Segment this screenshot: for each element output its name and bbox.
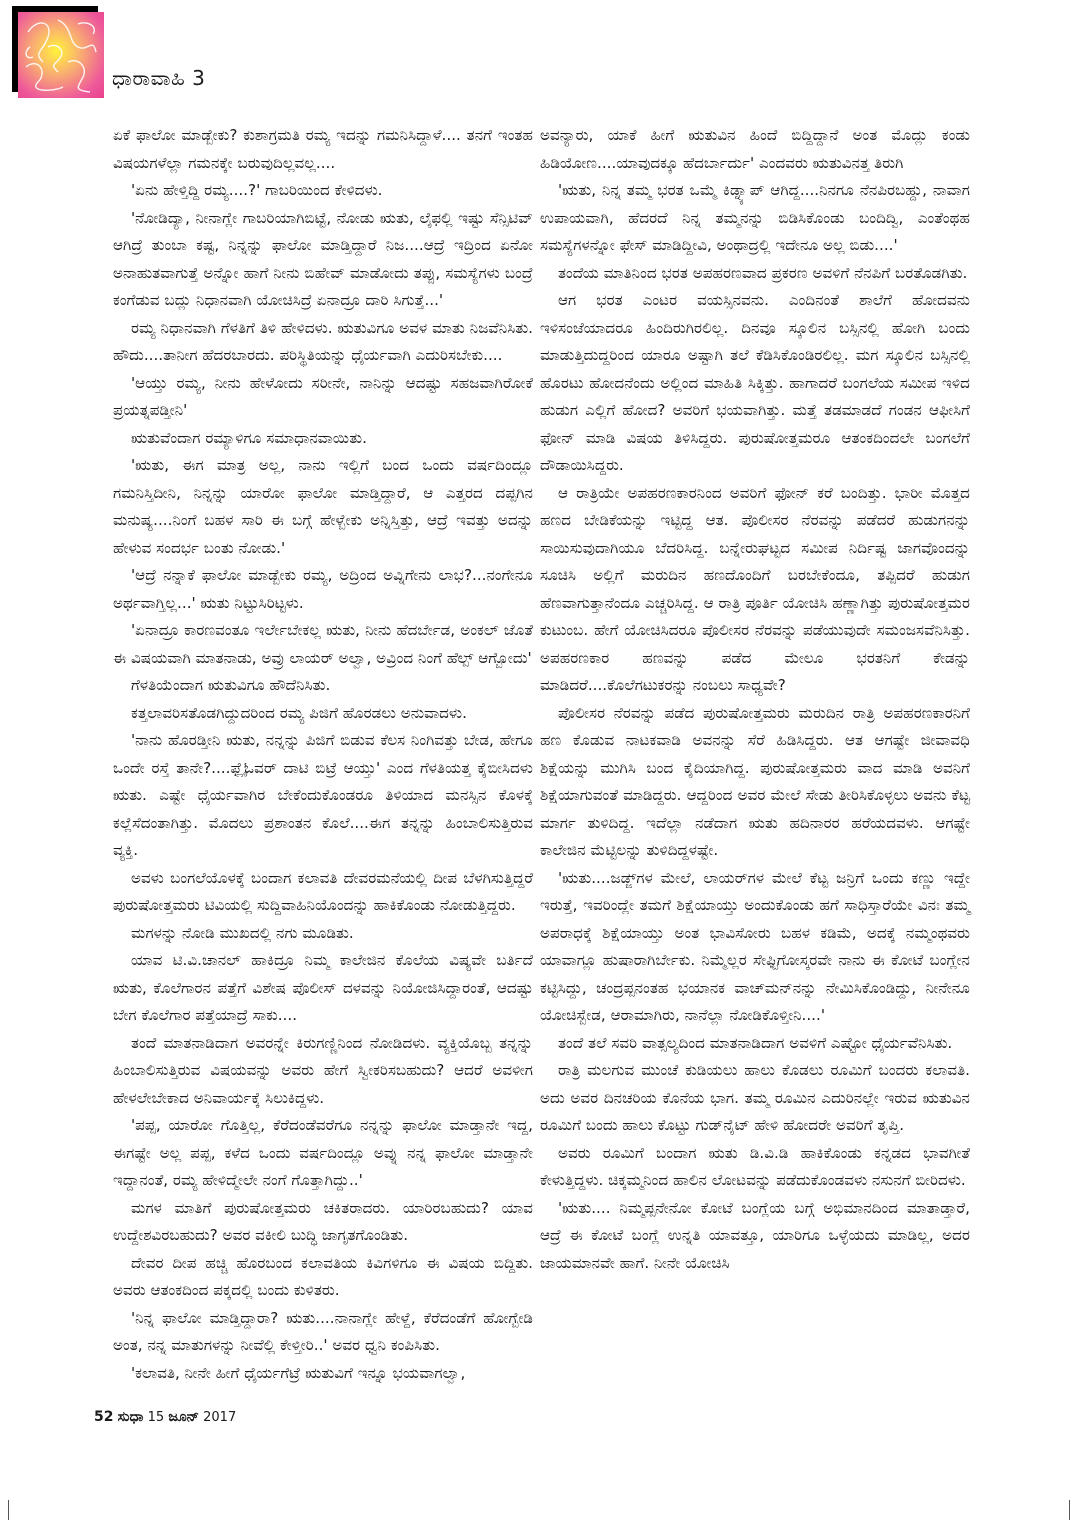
crop-mark-right [1069, 1500, 1070, 1520]
paragraph: ಮಗಳನ್ನು ನೋಡಿ ಮುಖದಲ್ಲಿ ನಗು ಮೂಡಿತು. [113, 920, 533, 948]
paragraph: 'ಋತು, ನಿನ್ನ ತಮ್ಮ ಭರತ ಒಮ್ಮೆ ಕಿಡ್ನ್ಯಾಪ್ ಆಗ… [540, 177, 970, 260]
paragraph: ಅವರು ರೂಮಿಗೆ ಬಂದಾಗ ಋತು ಡಿ.ವಿ.ಡಿ ಹಾಕಿಕೊಂಡು… [540, 1140, 970, 1195]
series-title: ಧಾರಾವಾಹಿ 3 [112, 66, 205, 90]
paragraph: 'ಏನಾದ್ರೂ ಕಾರಣವಂತೂ ಇರ್ಲೇಬೇಕಲ್ಲ ಋತು, ನೀನು … [113, 617, 533, 672]
issue-month: ಜೂನ್ [168, 1409, 199, 1425]
paragraph: ಪೊಲೀಸರ ನೆರವನ್ನು ಪಡೆದ ಪುರುಷೋತ್ತಮರು ಮರುದಿನ… [540, 700, 970, 865]
paragraph: ಮಗಳ ಮಾತಿಗೆ ಪುರುಷೋತ್ತಮರು ಚಕಿತರಾದರು. ಯಾರಿರ… [113, 1195, 533, 1250]
swirl-pattern-icon [18, 12, 104, 98]
paragraph: ಕತ್ತಲಾವರಿಸತೊಡಗಿದ್ದುದರಿಂದ ರಮ್ಯ ಪಿಜಿಗೆ ಹೊರ… [113, 700, 533, 728]
paragraph: 'ನಾನು ಹೊರಡ್ತೀನಿ ಋತು, ನನ್ನನ್ನು ಪಿಜಿಗೆ ಬಿಡ… [113, 727, 533, 865]
paragraph: ದೇವರ ದೀಪ ಹಚ್ಚಿ ಹೊರಬಂದ ಕಲಾವತಿಯ ಕಿವಿಗಳಿಗೂ … [113, 1250, 533, 1305]
paragraph: 'ಕಲಾವತಿ, ನೀನೇ ಹೀಗೆ ಧೈರ್ಯಗೆಟ್ರೆ ಋತುವಿಗೆ ಇ… [113, 1360, 533, 1388]
right-column: ಅವನ್ಯಾರು, ಯಾಕೆ ಹೀಗೆ ಋತುವಿನ ಹಿಂದೆ ಬಿದ್ದಿದ… [540, 122, 970, 1277]
paragraph: ಋತುವೆಂದಾಗ ರಮ್ಯಾಳಿಗೂ ಸಮಾಧಾನವಾಯಿತು. [113, 425, 533, 453]
paragraph: ತಂದೆ ತಲೆ ಸವರಿ ವಾತ್ಸಲ್ಯದಿಂದ ಮಾತನಾಡಿದಾಗ ಅವ… [540, 1030, 970, 1058]
paragraph: 'ಋತು....ಜಡ್ಜ್‌ಗಳ ಮೇಲೆ, ಲಾಯರ್‌ಗಳ ಮೇಲೆ ಕೆಟ… [540, 865, 970, 1030]
paragraph: 'ನೋಡಿದ್ಯಾ, ನೀನಾಗ್ಲೇ ಗಾಬರಿಯಾಗಿಬಿಟ್ಟೆ, ನೋಡ… [113, 205, 533, 315]
paragraph: 'ಆದ್ರೆ ನನ್ನಾಕೆ ಫಾಲೋ ಮಾಡ್ಬೇಕು ರಮ್ಯ, ಅದ್ರಿ… [113, 562, 533, 617]
paragraph: 'ಏನು ಹೇಳ್ತಿದ್ದಿ ರಮ್ಯ....?' ಗಾಬರಿಯಿಂದ ಕೇಳ… [113, 177, 533, 205]
page-number: 52 [94, 1409, 113, 1425]
paragraph: ಗೆಳತಿಯೆಂದಾಗ ಋತುವಿಗೂ ಹೌದೆನಿಸಿತು. [113, 672, 533, 700]
page-footer: 52 ಸುಧಾ 15 ಜೂನ್ 2017 [94, 1409, 236, 1425]
swirl-lines-icon [18, 12, 104, 98]
series-logo [12, 6, 104, 98]
paragraph: 'ಪಪ್ಪ, ಯಾರೋ ಗೊತ್ತಿಲ್ಲ, ಕೆರೆದಂಡೆವರೆಗೂ ನನ್… [113, 1112, 533, 1195]
left-column: ಏಕೆ ಫಾಲೋ ಮಾಡ್ಬೇಕು? ಕುಶಾಗ್ರಮತಿ ರಮ್ಯ ಇದನ್ನ… [113, 122, 533, 1387]
paragraph: 'ನಿನ್ನ ಫಾಲೋ ಮಾಡ್ತಿದ್ದಾರಾ? ಋತು....ನಾನಾಗ್ಲ… [113, 1305, 533, 1360]
paragraph: ತಂದೆ ಮಾತನಾಡಿದಾಗ ಅವರನ್ನೇ ಕಿರುಗಣ್ಣಿನಿಂದ ನೋ… [113, 1030, 533, 1113]
paragraph: ರಾತ್ರಿ ಮಲಗುವ ಮುಂಚೆ ಕುಡಿಯಲು ಹಾಲು ಕೊಡಲು ರೂ… [540, 1057, 970, 1140]
magazine-name: ಸುಧಾ [118, 1409, 144, 1425]
paragraph: ರಮ್ಯ ನಿಧಾನವಾಗಿ ಗೆಳತಿಗೆ ತಿಳಿ ಹೇಳಿದಳು. ಋತು… [113, 315, 533, 370]
paragraph: ಯಾವ ಟಿ.ವಿ.ಚಾನಲ್ ಹಾಕಿದ್ರೂ ನಿಮ್ಮ ಕಾಲೇಜಿನ ಕ… [113, 947, 533, 1030]
paragraph: ಅವನ್ಯಾರು, ಯಾಕೆ ಹೀಗೆ ಋತುವಿನ ಹಿಂದೆ ಬಿದ್ದಿದ… [540, 122, 970, 177]
paragraph: ತಂದೆಯ ಮಾತಿನಿಂದ ಭರತ ಅಪಹರಣವಾದ ಪ್ರಕರಣ ಅವಳಿಗ… [540, 260, 970, 288]
paragraph: 'ಆಯ್ತು ರಮ್ಯ, ನೀನು ಹೇಳೋದು ಸರೀನೇ, ನಾನಿನ್ನು… [113, 370, 533, 425]
paragraph: 'ಋತು.... ನಿಮ್ಮಪ್ಪನೇನೋ ಕೋಟೆ ಬಂಗ್ಲೆಯ ಬಗ್ಗೆ… [540, 1195, 970, 1278]
crop-mark-left [8, 1500, 9, 1520]
issue-year: 2017 [203, 1410, 236, 1425]
paragraph: ಆ ರಾತ್ರಿಯೇ ಅಪಹರಣಕಾರನಿಂದ ಅವರಿಗೆ ಫೋನ್ ಕರೆ … [540, 480, 970, 700]
paragraph: ಆಗ ಭರತ ಎಂಟರ ವಯಸ್ಸಿನವನು. ಎಂದಿನಂತೆ ಶಾಲೆಗೆ … [540, 287, 970, 480]
paragraph: 'ಋತು, ಈಗ ಮಾತ್ರ ಅಲ್ಲ, ನಾನು ಇಲ್ಲಿಗೆ ಬಂದ ಒಂ… [113, 452, 533, 562]
paragraph: ಅವಳು ಬಂಗಲೆಯೊಳಕ್ಕೆ ಬಂದಾಗ ಕಲಾವತಿ ದೇವರಮನೆಯಲ… [113, 865, 533, 920]
paragraph: ಏಕೆ ಫಾಲೋ ಮಾಡ್ಬೇಕು? ಕುಶಾಗ್ರಮತಿ ರಮ್ಯ ಇದನ್ನ… [113, 122, 533, 177]
issue-day: 15 [148, 1410, 165, 1425]
